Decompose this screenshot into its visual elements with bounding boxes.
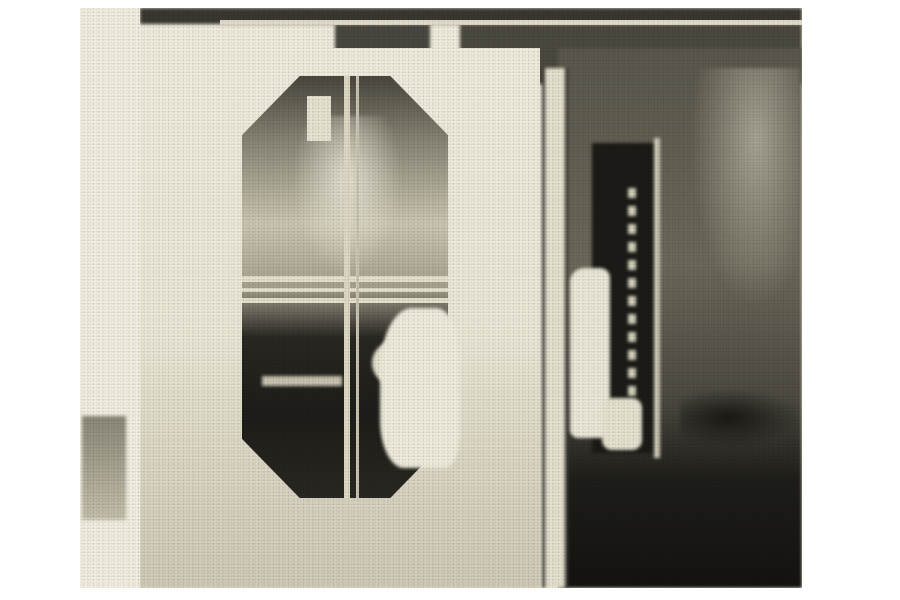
right-wall-highlight <box>690 68 800 308</box>
doorway-hinge-dots <box>628 188 636 428</box>
door-glare <box>380 308 460 468</box>
door-frame-post <box>542 68 568 588</box>
figure-lower <box>602 398 642 450</box>
left-wall-panel <box>82 416 126 520</box>
window-pane-light <box>307 96 331 141</box>
window-lower-shelf <box>262 376 342 386</box>
window-bar-vertical <box>356 76 359 498</box>
window-bar-vertical <box>344 76 350 498</box>
photograph <box>80 8 802 588</box>
inner-door-edge <box>654 138 660 458</box>
top-pipe <box>220 20 802 25</box>
floor-shadow <box>680 388 802 448</box>
